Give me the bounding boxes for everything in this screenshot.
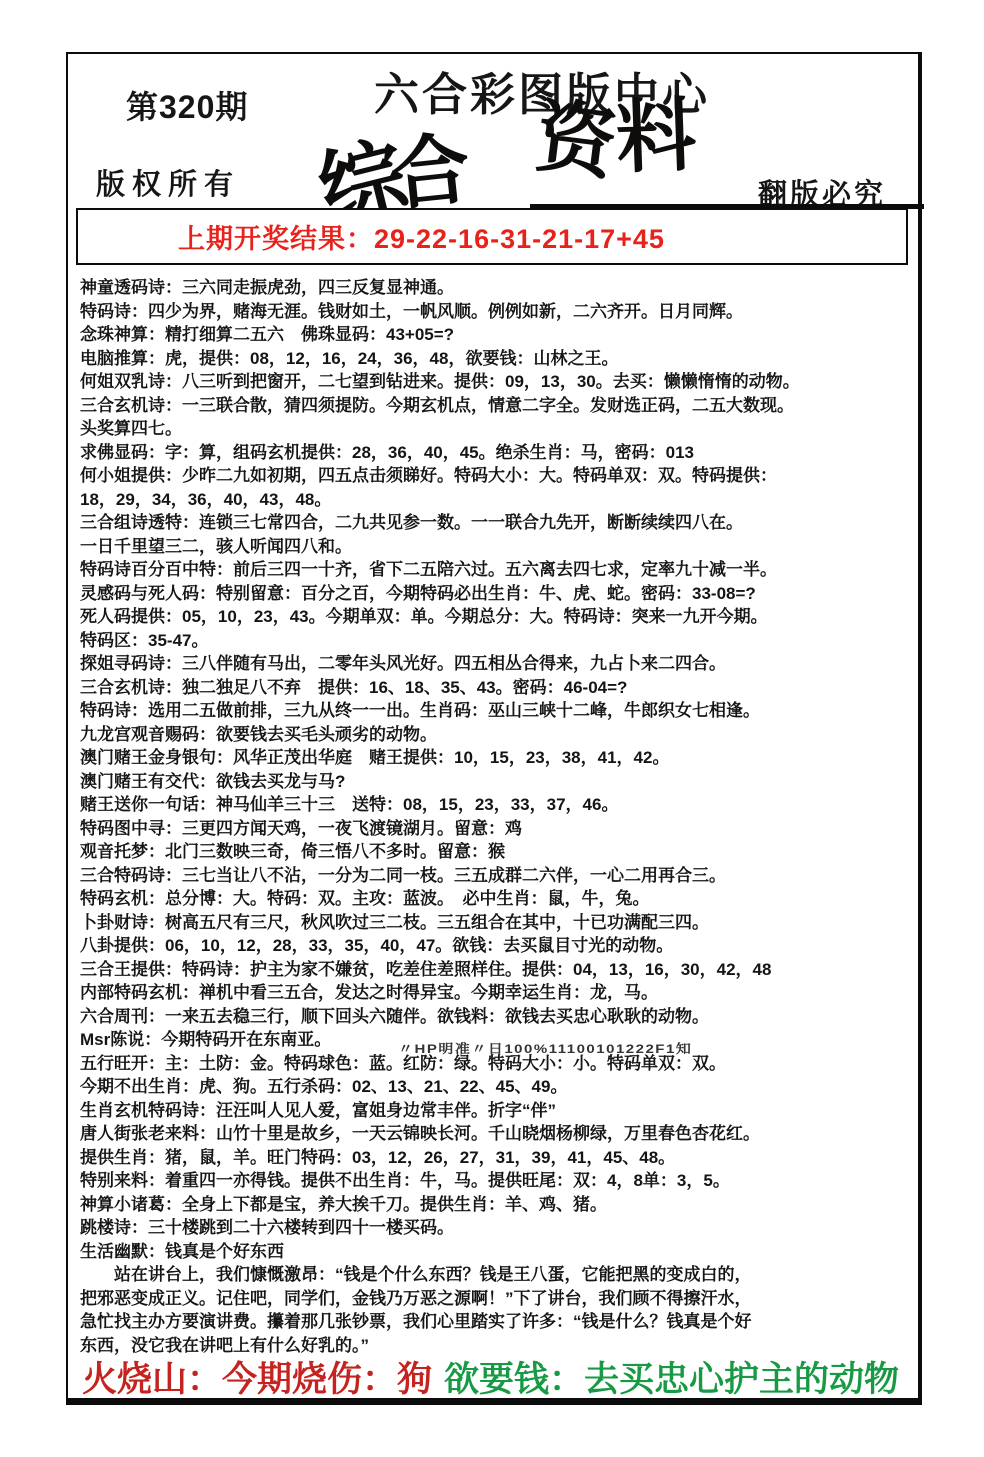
footer-tip: 火烧山：今期烧伤：狗欲要钱：去买忠心护主的动物 — [82, 1352, 912, 1402]
body-line: 特码诗：四少为界，赌海无涯。钱财如土，一帆风顺。例例如新，二六齐开。日月同辉。 — [80, 300, 906, 324]
body-line: 三合组诗透特：连锁三七常四合，二九共见参一数。一一联合九先开，断断续续四八在。 — [80, 511, 906, 535]
body-line: 三合王提供：特码诗：护主为家不嫌贫，吃差住差照样住。提供：04，13，16，30… — [80, 958, 906, 982]
body-line: 八卦提供：06，10，12，28，33，35，40，47。欲钱：去买鼠目寸光的动… — [80, 934, 906, 958]
body-line: 内部特码玄机：禅机中看三五合，发达之时得异宝。今期幸运生肖：龙，马。 — [80, 981, 906, 1005]
last-result-numbers: 29-22-16-31-21-17+45 — [374, 224, 665, 254]
body-line: 特别来料：着重四一亦得钱。提供不出生肖：牛，马。提供旺尾：双：4，8单：3，5。 — [80, 1169, 906, 1193]
body-line: 特码区：35-47。 — [80, 629, 906, 653]
body-line: 18，29，34，36，40，43，48。 — [80, 488, 906, 512]
last-result-text: 上期开奖结果：29-22-16-31-21-17+45 — [178, 217, 665, 256]
footer-green-text: 欲要钱：去买忠心护主的动物 — [444, 1360, 899, 1399]
copyright-left: 版权所有 — [96, 162, 240, 203]
calligraphy-char: 料 — [615, 95, 698, 178]
body-line: 卜卦财诗：树高五尺有三尺，秋风吹过三二枝。三五组合在其中，十已功满配三四。 — [80, 911, 906, 935]
body-line: 特码诗百分百中特：前后三四一十齐，省下二五陪六过。五六离去四七求，定率九十减一半… — [80, 558, 906, 582]
body-line: 澳门赌王金身银句：风华正茂出华庭 赌王提供：10，15，23，38，41，42。 — [80, 746, 906, 770]
body-line: 三合特码诗：三七当让八不沾，一分为二同一枝。三五成群二六伴，一心二用再合三。 — [80, 864, 906, 888]
body-line: 生活幽默：钱真是个好东西 — [80, 1240, 906, 1264]
garbled-watermark: 〃HP明准〃日100%11100101222F1知 — [398, 1040, 692, 1057]
last-result-banner: 上期开奖结果：29-22-16-31-21-17+45 — [76, 208, 908, 265]
body-line: 头奖算四七。 — [80, 417, 906, 441]
body-line: 三合玄机诗：独二独足八不弃 提供：16、18、35、43。密码：46-04=? — [80, 676, 906, 700]
body-line: 急忙找主办方要演讲费。攥着那几张钞票，我们心里踏实了许多：“钱是什么？钱真是个好 — [80, 1310, 906, 1334]
body-line: 念珠神算：精打细算二五六 佛珠显码：43+05=? — [80, 323, 906, 347]
body-line: 特码图中寻：三更四方闻天鸡，一夜飞渡镜湖月。留意：鸡 — [80, 817, 906, 841]
body-line: 灵感码与死人码：特别留意：百分之百，今期特码必出生肖：牛、虎、蛇。密码：33-0… — [80, 582, 906, 606]
body-line: 死人码提供：05，10，23，43。今期单双：单。今期总分：大。特码诗：突来一九… — [80, 605, 906, 629]
body-line: 九龙宫观音赐码：欲要钱去买毛头顽劣的动物。 — [80, 723, 906, 747]
body-line: 神童透码诗：三六同走振虎劲，四三反复显神通。 — [80, 276, 906, 300]
body-line: 何姐双乳诗：八三听到把窗开，二七望到钻进来。提供：09，13，30。去买：懒懒惰… — [80, 370, 906, 394]
body-line: 求佛显码：字：算，组码玄机提供：28，36，40，45。绝杀生肖：马，密码：01… — [80, 441, 906, 465]
calligraphy-char: 合 — [388, 130, 474, 216]
footer-red-text: 火烧山：今期烧伤：狗 — [82, 1360, 432, 1399]
last-result-label: 上期开奖结果： — [178, 224, 374, 254]
body-line: 电脑推算：虎，提供：08，12，16，24，36，48，欲要钱：山林之王。 — [80, 347, 906, 371]
body-line: 神算小诸葛：全身上下都是宝，养大挨千刀。提供生肖：羊、鸡、猪。 — [80, 1193, 906, 1217]
body-line: 把邪恶变成正义。记住吧，同学们，金钱乃万恶之源啊！”下了讲台，我们顾不得擦汗水， — [80, 1287, 906, 1311]
body-line: 提供生肖：猪，鼠，羊。旺门特码：03，12，26，27，31，39，41，45、… — [80, 1146, 906, 1170]
body-line: 三合玄机诗：一三联合散，猜四须提防。今期玄机点，情意二字全。发财选正码，二五大数… — [80, 394, 906, 418]
body-line: 特码诗：选用二五做前排，三九从终一一出。生肖码：巫山三峡十二峰，牛郎织女七相逢。 — [80, 699, 906, 723]
body-lines: 神童透码诗：三六同走振虎劲，四三反复显神通。特码诗：四少为界，赌海无涯。钱财如土… — [68, 276, 918, 1357]
body-line: 生肖玄机特码诗：汪汪叫人见人爱，富姐身边常丰伴。折字“伴” — [80, 1099, 906, 1123]
body-line: 赌王送你一句话：神马仙羊三十三 送特：08，15，23，33，37，46。 — [80, 793, 906, 817]
body-line: 六合周刊：一来五去稳三行，顺下回头六随伴。欲钱料：欲钱去买忠心耿耿的动物。 — [80, 1005, 906, 1029]
issue-number: 第320期 — [126, 82, 248, 128]
body-line: 澳门赌王有交代：欲钱去买龙与马? — [80, 770, 906, 794]
body-line: 观音托梦：北门三数映三奇，倚三悟八不多时。留意：猴 — [80, 840, 906, 864]
body-line: 今期不出生肖：虎、狗。五行杀码：02、13、21、22、45、49。 — [80, 1075, 906, 1099]
body-line: 特码玄机：总分博：大。特码：双。主攻：蓝波。 必中生肖：鼠，牛，兔。 — [80, 887, 906, 911]
body-line: 唐人街张老来料：山竹十里是故乡，一天云锦映长河。千山晓烟杨柳绿，万里春色杏花红。 — [80, 1122, 906, 1146]
calligraphy-char: 资 — [531, 95, 620, 184]
body-line: 何小姐提供：少昨二九如初期，四五点击须睇好。特码大小：大。特码单双：双。特码提供… — [80, 464, 906, 488]
body-line: 站在讲台上，我们慷慨激昂：“钱是个什么东西？钱是王八蛋，它能把黑的变成白的， — [80, 1263, 906, 1287]
body-line: 探姐寻码诗：三八伴随有马出，二零年头风光好。四五相丛合得来，九占卜来二四合。 — [80, 652, 906, 676]
page-frame: 第320期 六合彩图版中心 综 合 资 料 版权所有 翻版必究 上期开奖结果：2… — [66, 52, 922, 1405]
body-line: 跳楼诗：三十楼跳到二十六楼转到四十一楼买码。 — [80, 1216, 906, 1240]
body-line: 一日千里望三二，骇人听闻四八和。 — [80, 535, 906, 559]
